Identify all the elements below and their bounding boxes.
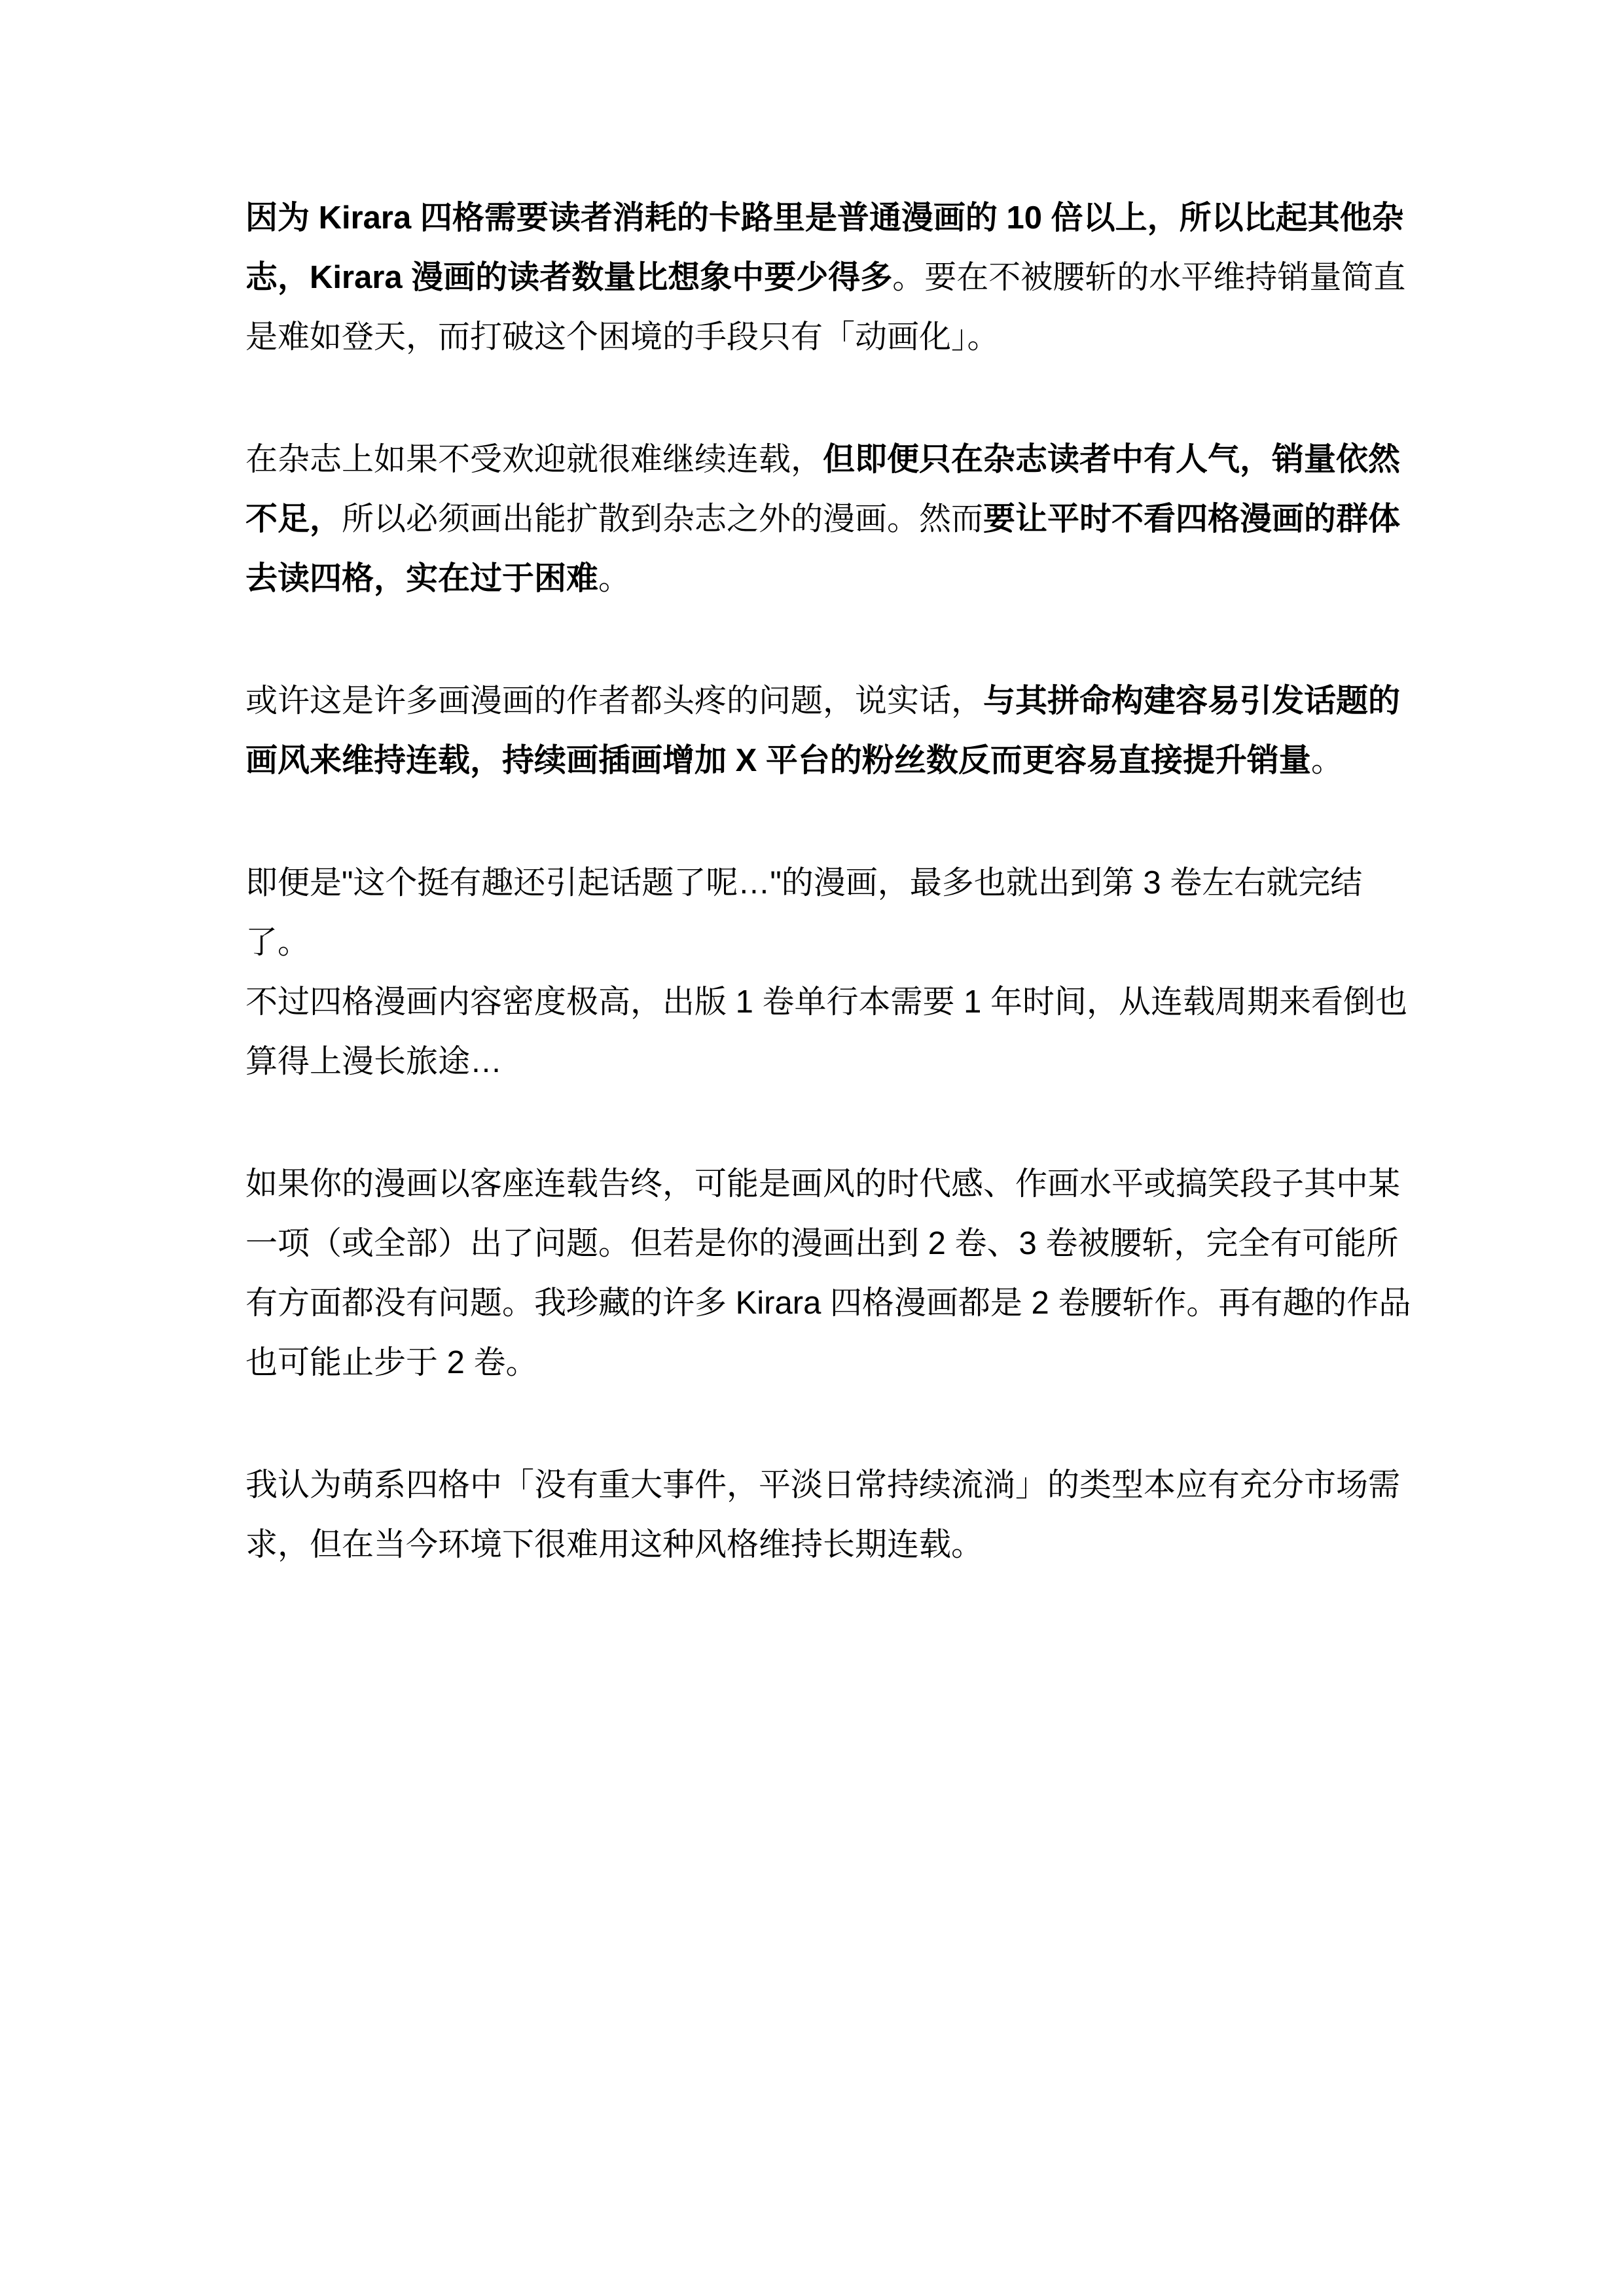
text-run: 不过四格漫画内容密度极高，出版 1 卷单行本需要 1 年时间，从连载周期来看倒也… (245, 984, 1407, 1079)
paragraph-4: 即便是"这个挺有趣还引起话题了呢…"的漫画，最多也就出到第 3 卷左右就完结了。… (245, 853, 1414, 1092)
paragraph-6: 我认为萌系四格中「没有重大事件，平淡日常持续流淌」的类型本应有充分市场需求，但在… (245, 1456, 1414, 1575)
paragraph-3: 或许这是许多画漫画的作者都头疼的问题，说实话，与其拼命构建容易引发话题的画风来维… (245, 672, 1414, 791)
text-run: 或许这是许多画漫画的作者都头疼的问题，说实话， (245, 683, 983, 719)
text-run: 。 (598, 561, 630, 596)
text-run: 。 (1311, 743, 1343, 778)
text-run: 我认为萌系四格中「没有重大事件，平淡日常持续流淌」的类型本应有充分市场需求，但在… (245, 1467, 1400, 1562)
text-run: 在杂志上如果不受欢迎就很难继续连载， (245, 442, 823, 477)
document-page: 因为 Kirara 四格需要读者消耗的卡路里是普通漫画的 10 倍以上，所以比起… (0, 0, 1624, 2296)
text-run: 即便是"这个挺有趣还引起话题了呢…"的漫画，最多也就出到第 3 卷左右就完结了。 (245, 865, 1362, 960)
text-run: 如果你的漫画以客座连载告终，可能是画风的时代感、作画水平或搞笑段子其中某一项（或… (245, 1166, 1411, 1380)
paragraph-2: 在杂志上如果不受欢迎就很难继续连载，但即便只在杂志读者中有人气，销量依然不足，所… (245, 430, 1414, 609)
paragraph-5: 如果你的漫画以客座连载告终，可能是画风的时代感、作画水平或搞笑段子其中某一项（或… (245, 1155, 1414, 1393)
paragraph-1: 因为 Kirara 四格需要读者消耗的卡路里是普通漫画的 10 倍以上，所以比起… (245, 188, 1414, 367)
text-run: 所以必须画出能扩散到杂志之外的漫画。然而 (342, 501, 983, 537)
document-content: 因为 Kirara 四格需要读者消耗的卡路里是普通漫画的 10 倍以上，所以比起… (245, 188, 1414, 1638)
